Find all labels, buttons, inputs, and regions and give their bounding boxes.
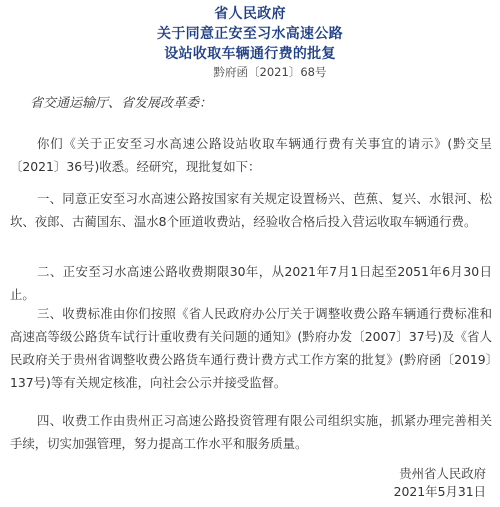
paragraph-item-1: 一、同意正安至习水高速公路按国家有关规定设置杨兴、芭蕉、复兴、水银河、松坎、夜郎…	[10, 187, 492, 233]
document-number: 黔府函〔2021〕68号	[40, 64, 500, 80]
paragraph-item-4: 四、收费工作由贵州正习高速公路投资管理有限公司组织实施，抓紧办理完善相关手续，切…	[10, 409, 492, 455]
paragraph-item-2: 二、正安至习水高速公路收费期限30年，从2021年7月1日起至2051年6月30…	[10, 260, 492, 306]
document-title-line-2: 设站收取车辆通行费的批复	[0, 44, 500, 64]
document-header: 省人民政府 关于同意正安至习水高速公路 设站收取车辆通行费的批复 黔府函〔202…	[0, 4, 500, 80]
signature-issuer: 贵州省人民政府	[394, 465, 486, 483]
document-title-line-1: 关于同意正安至习水高速公路	[0, 24, 500, 44]
paragraph-intro: 你们《关于正安至习水高速公路设站收取车辆通行费有关事宜的请示》(黔交呈〔2021…	[10, 132, 492, 178]
salutation: 省交通运输厅、省发展改革委：	[30, 95, 212, 113]
signature-block: 贵州省人民政府 2021年5月31日	[394, 465, 486, 501]
issuer-title: 省人民政府	[0, 4, 500, 24]
signature-date: 2021年5月31日	[394, 483, 486, 501]
paragraph-item-3: 三、收费标准由你们按照《省人民政府办公厅关于调整收费公路车辆通行费标准和高速高等…	[10, 302, 492, 394]
